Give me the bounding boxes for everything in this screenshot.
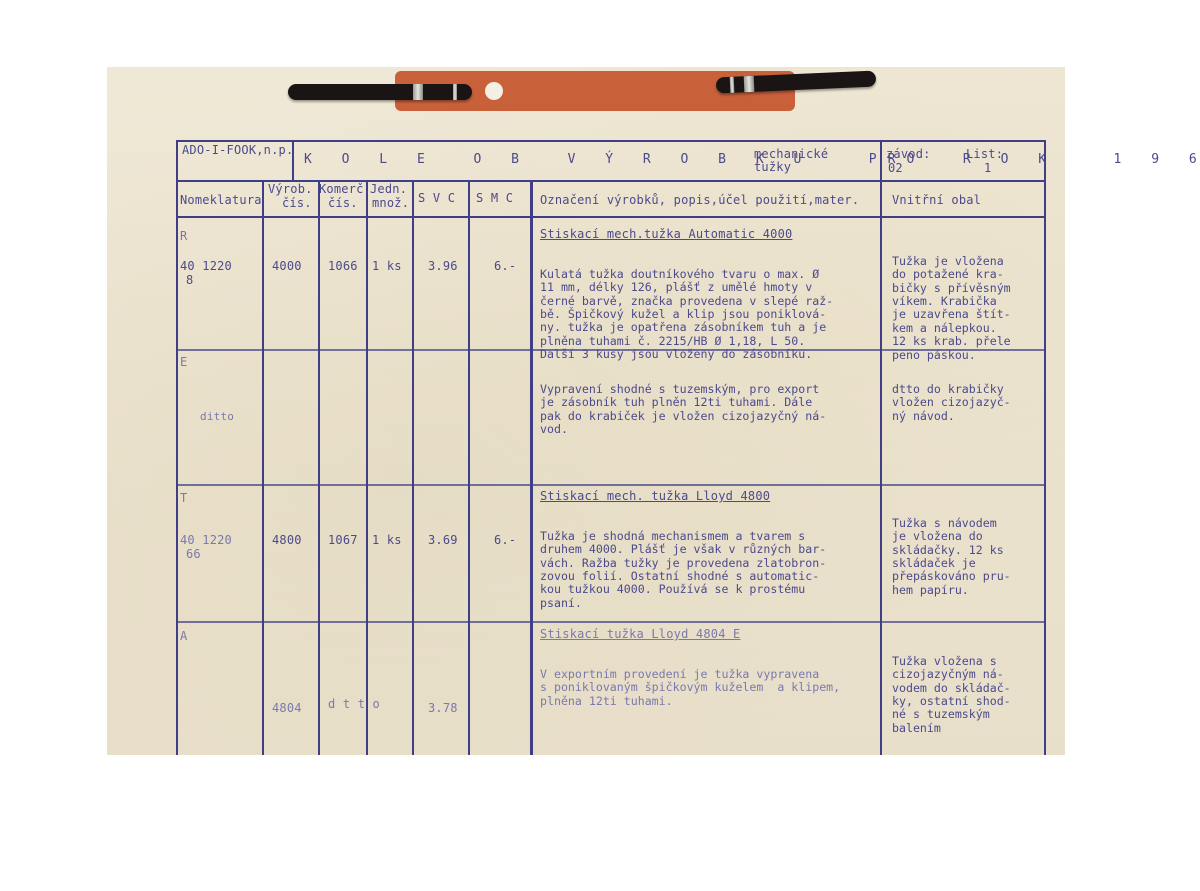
rule [468, 180, 470, 755]
col-svc: S V C [418, 192, 455, 205]
rule [1044, 140, 1046, 755]
sheet-value: 1 [984, 162, 991, 175]
svc-price: 3.78 [428, 702, 458, 715]
rule [176, 140, 178, 755]
nomenclature-sub: 8 [186, 274, 193, 287]
fastener-clip [744, 76, 755, 92]
product-group-line2: tužky [754, 161, 791, 174]
sheet-label: List: [966, 148, 1003, 161]
commercial-no: 1066 [328, 260, 358, 273]
col-nomenclature: Nomeklatura [180, 194, 262, 207]
rule [412, 180, 414, 755]
rule [318, 180, 320, 755]
product-no: 4804 [272, 702, 302, 715]
packaging-description: dtto do krabičkyvložen cizojazyč-ný návo… [892, 356, 1011, 450]
col-description: Označení výrobků, popis,účel použití,mat… [540, 194, 859, 207]
row-letter: T [180, 492, 187, 505]
nomenclature-value: 40 1220 [180, 534, 232, 547]
product-no: 4000 [272, 260, 302, 273]
commercial-no: 1067 [328, 534, 358, 547]
col-smc: S M C [476, 192, 513, 205]
svc-price: 3.69 [428, 534, 458, 547]
plant-label: závod: [886, 148, 931, 161]
svc-price: 3.96 [428, 260, 458, 273]
product-catalog-form: ADO-I-FOOK,n.p. K O L E O B V Ý R O B K … [176, 140, 1046, 755]
punch-hole [485, 82, 503, 100]
product-description: Vypravení shodné s tuzemským, pro export… [540, 356, 826, 463]
unit: 1 ks [372, 534, 402, 547]
col-commercial-no-2: čís. [328, 197, 358, 210]
fastener-prong-left [288, 84, 472, 100]
fastener-clip [413, 84, 423, 100]
smc-price: 6.- [494, 260, 516, 273]
packaging-description: Tužka s návodemje vložena doskládačky. 1… [892, 490, 1011, 624]
row-letter: R [180, 230, 187, 243]
plant-value: 02 [888, 162, 903, 175]
rule [880, 140, 882, 755]
rule [176, 484, 1046, 486]
unit: 1 ks [372, 260, 402, 273]
col-unit-2: množ. [372, 197, 409, 210]
row-letter: E [180, 356, 187, 369]
form-title: K O L E O B V Ý R O B K U PRO R O K 1 9 … [304, 153, 1200, 166]
nomenclature-sub: 66 [186, 548, 201, 561]
nomenclature-value: ditto [200, 410, 234, 423]
rule [530, 180, 533, 755]
rule [176, 216, 1046, 218]
fastener-clip [730, 77, 735, 93]
col-commercial-no: Komerč. [319, 183, 371, 196]
nomenclature-value: 40 1220 [180, 260, 232, 273]
product-no: 4800 [272, 534, 302, 547]
product-title: Stiskací mech. tužka Lloyd 4800 [540, 490, 770, 503]
rule [366, 180, 368, 755]
company-name: ADO-I-FOOK,n.p. [182, 144, 293, 157]
row-letter: A [180, 630, 187, 643]
product-title: Stiskací tužka Lloyd 4804 E [540, 628, 740, 641]
rule [262, 180, 264, 755]
smc-price: 6.- [494, 534, 516, 547]
product-description: V exportním provedení je tužka vypravena… [540, 641, 840, 735]
col-inner-packaging: Vnitřní obal [892, 194, 981, 207]
commercial-no: d t t o [328, 698, 380, 711]
product-description: Tužka je shodná mechanismem a tvarem sdr… [540, 503, 826, 637]
packaging-description: Tužka vložena scizojazyčným ná-vodem do … [892, 628, 1011, 762]
col-unit: Jedn. [370, 183, 407, 196]
rule [176, 140, 1046, 142]
fastener-clip [453, 84, 457, 100]
col-product-no-2: čís. [282, 197, 312, 210]
product-title: Stiskací mech.tužka Automatic 4000 [540, 228, 792, 241]
col-product-no: Výrob. [268, 183, 313, 196]
